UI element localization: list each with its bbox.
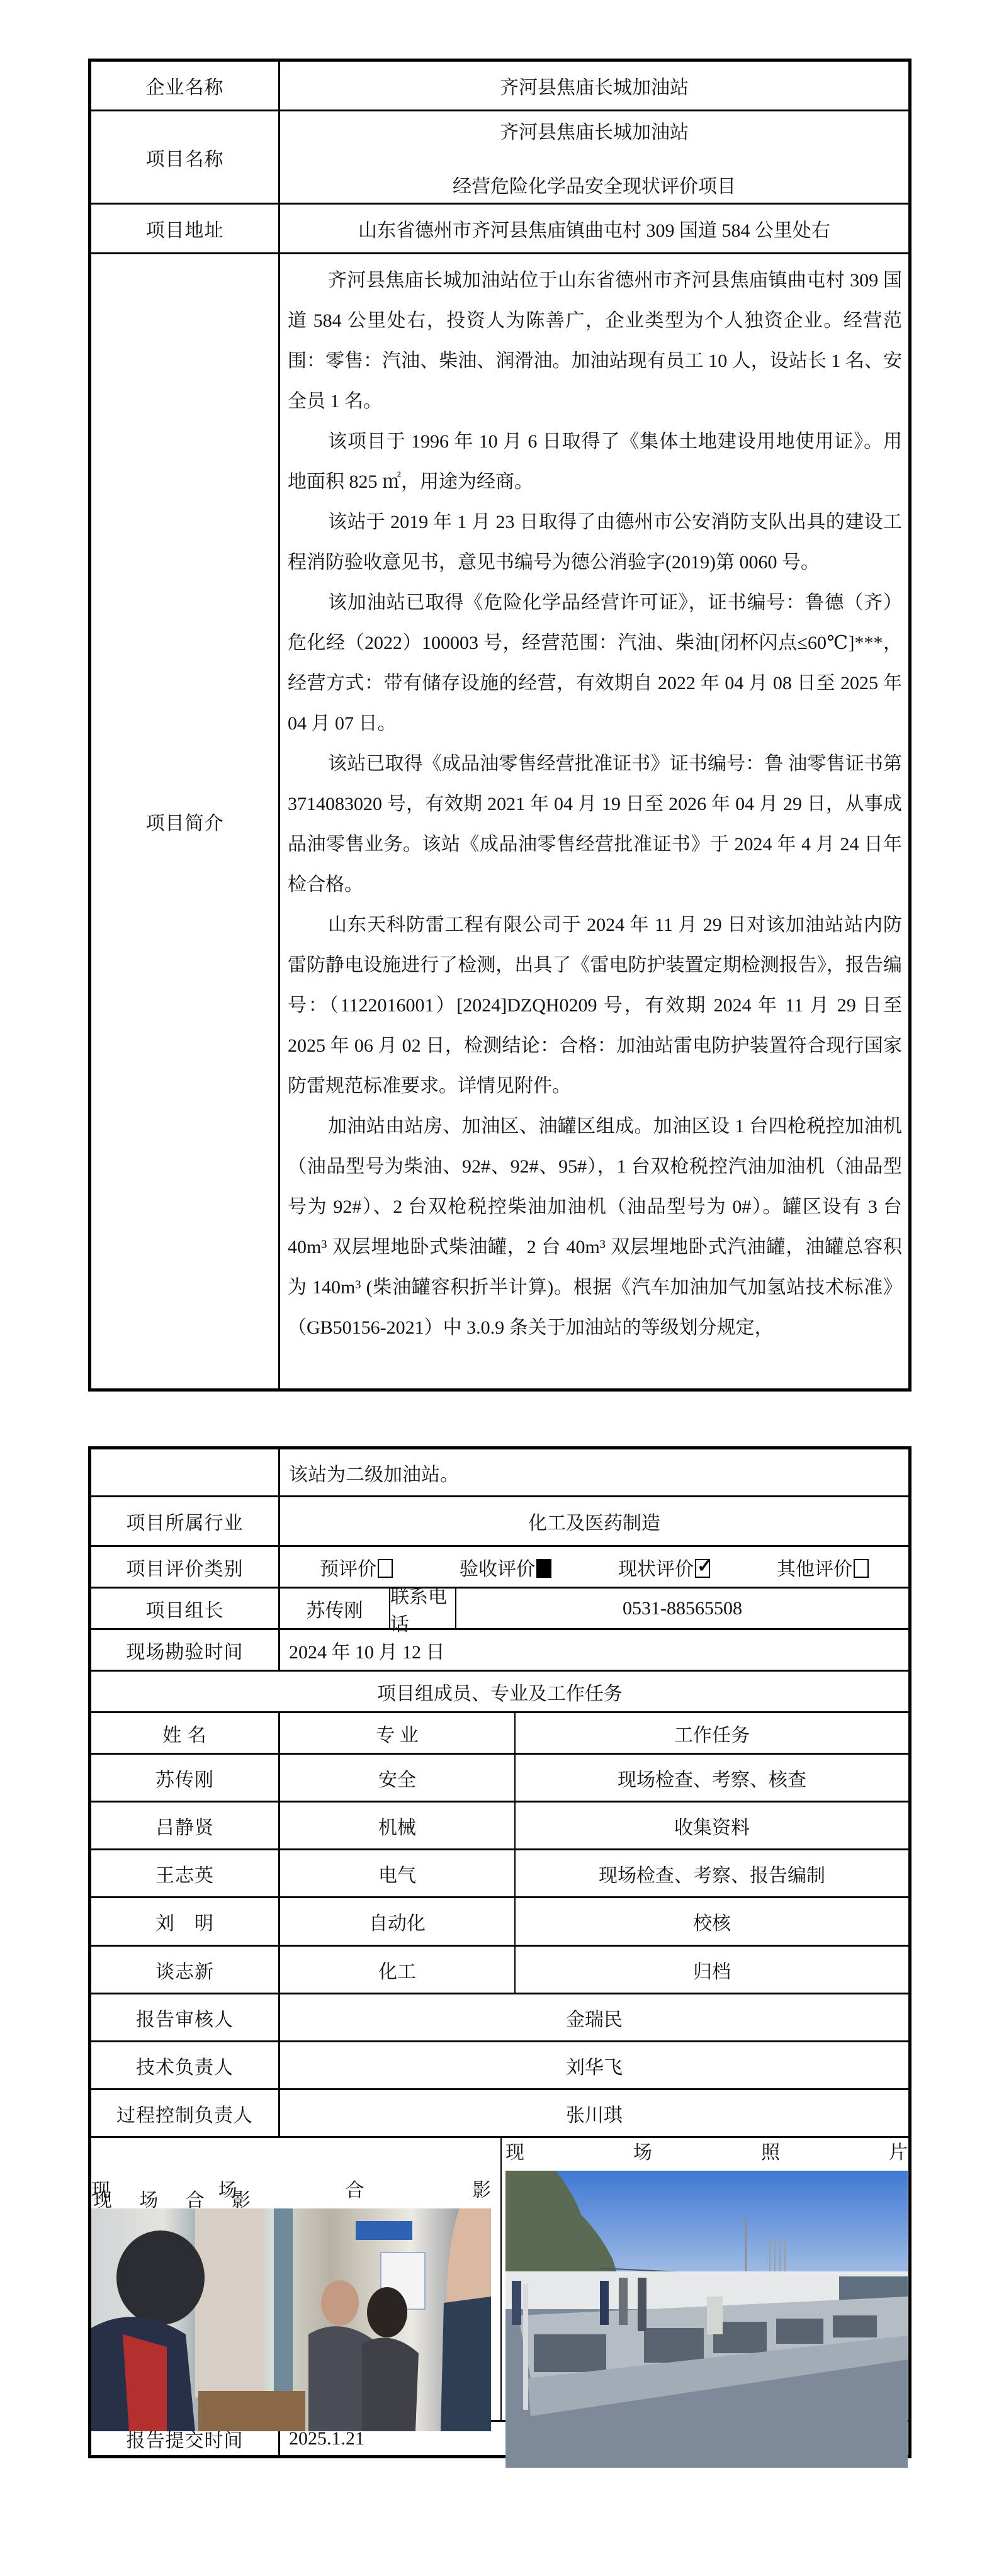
member-name: 谈志新 [91, 1947, 280, 1993]
summary-paragraph: 该站已取得《成品油零售经营批准证书》证书编号：鲁 油零售证书第 37140830… [288, 744, 902, 905]
value-phone: 0531-88565508 [456, 1589, 908, 1628]
row-survey-time: 现场勘验时间 2024 年 10 月 12 日 [91, 1630, 908, 1672]
members-title: 项目组成员、专业及工作任务 [91, 1672, 908, 1711]
member-name: 刘 明 [91, 1898, 280, 1945]
caption-char: 片 [889, 2137, 908, 2164]
eval-option-label: 预评价 [320, 1559, 376, 1580]
label-tech-lead: 技术负责人 [91, 2042, 280, 2088]
row-leader: 项目组长 苏传刚 联系电话 0531-88565508 [91, 1589, 908, 1630]
member-specialty: 安全 [280, 1755, 516, 1801]
header-name: 姓 名 [91, 1713, 280, 1753]
label-process-lead: 过程控制负责人 [91, 2090, 280, 2136]
row-summary-continuation: 该站为二级加油站。 [91, 1449, 908, 1497]
row-eval-category: 项目评价类别 预评价 验收评价 现状评价 其他评价 [91, 1547, 908, 1589]
row-industry: 项目所属行业 化工及医药制造 [91, 1497, 908, 1547]
project-name-line2: 经营危险化学品安全现状评价项目 [453, 171, 736, 198]
member-task: 现场检查、考察、报告编制 [516, 1850, 908, 1896]
header-task: 工作任务 [516, 1713, 908, 1753]
summary-paragraph: 该加油站已取得《危险化学品经营许可证》，证书编号：鲁德（齐）危化经（2022）1… [288, 583, 902, 744]
label-industry: 项目所属行业 [91, 1497, 280, 1545]
member-specialty: 化工 [280, 1947, 516, 1993]
caption-char: 现 [91, 2174, 110, 2202]
row-members-title: 项目组成员、专业及工作任务 [91, 1672, 908, 1713]
caption-char: 照 [761, 2137, 780, 2164]
header-specialty: 专 业 [280, 1713, 516, 1753]
group-photo-caption: 现 场 合 影 [91, 2174, 491, 2202]
member-row: 谈志新 化工 归档 [91, 1947, 908, 1994]
row-project-summary: 项目简介 齐河县焦庙长城加油站位于山东省德州市齐河县焦庙镇曲屯村 309 国道 … [91, 254, 908, 1388]
eval-category-options: 预评价 验收评价 现状评价 其他评价 [280, 1547, 908, 1587]
row-reviewer: 报告审核人 金瑞民 [91, 1994, 908, 2042]
row-process-lead: 过程控制负责人 张川琪 [91, 2090, 908, 2138]
checkbox-empty-icon[interactable] [854, 1559, 869, 1578]
member-row: 苏传刚 安全 现场检查、考察、核查 [91, 1755, 908, 1803]
member-name: 吕静贤 [91, 1803, 280, 1848]
summary-paragraph: 齐河县焦庙长城加油站位于山东省德州市齐河县焦庙镇曲屯村 309 国道 584 公… [288, 261, 902, 422]
label-eval-category: 项目评价类别 [91, 1547, 280, 1587]
checkbox-filled-icon[interactable] [536, 1559, 551, 1578]
member-row: 王志英 电气 现场检查、考察、报告编制 [91, 1850, 908, 1898]
value-reviewer: 金瑞民 [280, 1994, 908, 2040]
checkbox-checked-icon[interactable] [695, 1559, 710, 1578]
member-task: 收集资料 [516, 1803, 908, 1848]
site-photo-image [505, 2171, 908, 2468]
eval-option-pre[interactable]: 预评价 [320, 1553, 393, 1581]
value-project-address: 山东省德州市齐河县焦庙镇曲屯村 309 国道 584 公里处右 [280, 205, 908, 252]
summary-continuation-text: 该站为二级加油站。 [280, 1449, 908, 1495]
label-project-address: 项目地址 [91, 205, 280, 252]
summary-paragraph: 山东天科防雷工程有限公司于 2024 年 11 月 29 日对该加油站站内防雷防… [288, 905, 902, 1106]
member-specialty: 自动化 [280, 1898, 516, 1945]
site-photo-caption: 现 场 照 片 [505, 2137, 908, 2164]
label-survey-time: 现场勘验时间 [91, 1630, 280, 1670]
group-photo-illustration [91, 2208, 491, 2431]
label-enterprise-name: 企业名称 [91, 62, 280, 110]
eval-option-status[interactable]: 现状评价 [618, 1553, 710, 1581]
value-process-lead: 张川琪 [280, 2090, 908, 2136]
member-specialty: 电气 [280, 1850, 516, 1896]
label-project-summary: 项目简介 [91, 254, 280, 1388]
eval-option-label: 其他评价 [777, 1559, 852, 1580]
member-specialty: 机械 [280, 1803, 516, 1848]
value-survey-time: 2024 年 10 月 12 日 [280, 1630, 908, 1670]
row-project-name: 项目名称 齐河县焦庙长城加油站 经营危险化学品安全现状评价项目 [91, 111, 908, 205]
member-row: 吕静贤 机械 收集资料 [91, 1803, 908, 1850]
caption-char: 现 [505, 2137, 524, 2164]
label-project-name: 项目名称 [91, 111, 280, 203]
eval-option-label: 现状评价 [618, 1559, 694, 1580]
summary-paragraph: 该项目于 1996 年 10 月 6 日取得了《集体土地建设用地使用证》。用地面… [288, 422, 902, 502]
label-reviewer: 报告审核人 [91, 1994, 280, 2040]
row-enterprise-name: 企业名称 齐河县焦庙长城加油站 [91, 62, 908, 111]
member-task: 归档 [516, 1947, 908, 1993]
member-name: 王志英 [91, 1850, 280, 1896]
value-industry: 化工及医药制造 [280, 1497, 908, 1545]
label-phone: 联系电话 [390, 1589, 456, 1628]
members-header-row: 姓 名 专 业 工作任务 [91, 1713, 908, 1755]
value-project-name: 齐河县焦庙长城加油站 经营危险化学品安全现状评价项目 [280, 111, 908, 203]
group-photo-image [91, 2208, 491, 2431]
row-tech-lead: 技术负责人 刘华飞 [91, 2042, 908, 2090]
info-table-page1: 企业名称 齐河县焦庙长城加油站 项目名称 齐河县焦庙长城加油站 经营危险化学品安… [88, 59, 912, 1392]
value-enterprise-name: 齐河县焦庙长城加油站 [280, 62, 908, 110]
project-summary-text: 齐河县焦庙长城加油站位于山东省德州市齐河县焦庙镇曲屯村 309 国道 584 公… [280, 254, 908, 1388]
summary-paragraph: 该站于 2019 年 1 月 23 日取得了由德州市公安消防支队出具的建设工程消… [288, 502, 902, 583]
checkbox-empty-icon[interactable] [378, 1559, 393, 1578]
eval-option-label: 验收评价 [460, 1559, 535, 1580]
caption-char: 场 [633, 2137, 652, 2164]
label-leader: 项目组长 [91, 1589, 280, 1628]
eval-option-other[interactable]: 其他评价 [777, 1553, 869, 1581]
label-empty [91, 1449, 280, 1495]
caption-char: 场 [218, 2174, 237, 2202]
member-task: 现场检查、考察、核查 [516, 1755, 908, 1801]
member-task: 校核 [516, 1898, 908, 1945]
member-row: 刘 明 自动化 校核 [91, 1898, 908, 1947]
project-name-line1: 齐河县焦庙长城加油站 [500, 116, 689, 144]
summary-paragraph: 加油站由站房、加油区、油罐区组成。加油区设 1 台四枪税控加油机（油品型号为柴油… [288, 1106, 902, 1348]
caption-char: 影 [472, 2174, 491, 2202]
caption-char: 合 [345, 2174, 364, 2202]
site-photo-illustration [505, 2171, 908, 2468]
member-name: 苏传刚 [91, 1755, 280, 1801]
value-tech-lead: 刘华飞 [280, 2042, 908, 2088]
row-project-address: 项目地址 山东省德州市齐河县焦庙镇曲屯村 309 国道 584 公里处右 [91, 205, 908, 254]
value-leader: 苏传刚 [280, 1589, 390, 1628]
eval-option-acceptance[interactable]: 验收评价 [460, 1553, 551, 1581]
